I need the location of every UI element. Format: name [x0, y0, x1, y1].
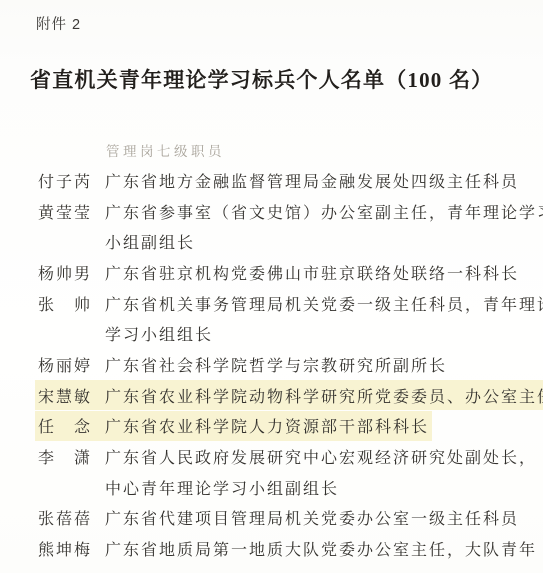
person-name: 黄莹莹: [38, 200, 105, 223]
list-item: 张蓓蓓 广东省代建项目管理局机关党委办公室一级主任科员: [38, 503, 538, 534]
person-name: 杨帅男: [38, 261, 105, 284]
entry-band: 黄莹莹 广东省参事室（省文史馆）办公室副主任，青年理论学习: [38, 199, 543, 223]
faint-annotation: 管理岗七级职员: [106, 140, 225, 160]
list-item: 任 念 广东省农业科学院人力资源部干部科科长: [38, 411, 538, 442]
entry-band: 学习小组组长: [38, 322, 213, 346]
entry-band: 中心青年理论学习小组副组长: [38, 475, 339, 499]
entries-list: 付子芮 广东省地方金融监督管理局金融发展处四级主任科员 黄莹莹 广东省参事室（省…: [38, 165, 538, 564]
list-item: 张 帅 广东省机关事务管理局机关党委一级主任科员，青年理论: [38, 288, 538, 319]
person-title: 广东省驻京机构党委佛山市驻京联络处联络一科科长: [105, 261, 519, 284]
person-title: 广东省机关事务管理局机关党委一级主任科员，青年理论: [105, 292, 543, 315]
list-item: 小组副组长: [38, 226, 538, 257]
list-item: 中心青年理论学习小组副组长: [38, 472, 538, 503]
person-title: 广东省参事室（省文史馆）办公室副主任，青年理论学习: [105, 200, 543, 223]
attachment-label: 附件 2: [36, 13, 81, 34]
list-item: 付子芮 广东省地方金融监督管理局金融发展处四级主任科员: [38, 165, 538, 196]
person-name: 杨丽婷: [38, 353, 105, 376]
entry-band: 张 帅 广东省机关事务管理局机关党委一级主任科员，青年理论: [38, 291, 543, 315]
person-title: 广东省农业科学院人力资源部干部科科长: [105, 414, 429, 437]
entry-band: 宋慧敏 广东省农业科学院动物科学研究所党委委员、办公室主任: [38, 383, 543, 407]
person-title: 中心青年理论学习小组副组长: [105, 476, 339, 499]
list-item: 宋慧敏 广东省农业科学院动物科学研究所党委委员、办公室主任: [38, 380, 538, 411]
person-name: 宋慧敏: [38, 384, 105, 407]
person-name: 张 帅: [38, 292, 105, 315]
person-title: 广东省农业科学院动物科学研究所党委委员、办公室主任: [105, 384, 543, 407]
entry-band: 小组副组长: [38, 230, 195, 254]
entry-band: 任 念 广东省农业科学院人力资源部干部科科长: [38, 414, 429, 438]
list-item: 李 潇 广东省人民政府发展研究中心宏观经济研究处副处长，: [38, 441, 538, 472]
entry-band: 李 潇 广东省人民政府发展研究中心宏观经济研究处副处长，: [38, 445, 537, 469]
person-title: 广东省地方金融监督管理局金融发展处四级主任科员: [105, 169, 519, 192]
person-title: 广东省人民政府发展研究中心宏观经济研究处副处长，: [105, 445, 537, 468]
page-title: 省直机关青年理论学习标兵个人名单（100 名）: [30, 64, 493, 94]
person-name: 李 潇: [38, 445, 105, 468]
document-page: 附件 2 省直机关青年理论学习标兵个人名单（100 名） 管理岗七级职员 付子芮…: [0, 0, 543, 573]
entry-band: 张蓓蓓 广东省代建项目管理局机关党委办公室一级主任科员: [38, 506, 519, 530]
entry-band: 杨帅男 广东省驻京机构党委佛山市驻京联络处联络一科科长: [38, 260, 519, 284]
list-item: 黄莹莹 广东省参事室（省文史馆）办公室副主任，青年理论学习: [38, 196, 538, 227]
person-name: 张蓓蓓: [38, 506, 105, 529]
list-item: 熊坤梅 广东省地质局第一地质大队党委办公室主任，大队青年: [38, 533, 538, 564]
list-item: 学习小组组长: [38, 318, 538, 349]
person-title: 广东省地质局第一地质大队党委办公室主任，大队青年: [105, 537, 537, 560]
person-title: 学习小组组长: [105, 322, 213, 345]
entry-band: 熊坤梅 广东省地质局第一地质大队党委办公室主任，大队青年: [38, 537, 537, 561]
person-name: 熊坤梅: [38, 537, 105, 560]
person-name: 任 念: [38, 414, 105, 437]
list-item: 杨帅男 广东省驻京机构党委佛山市驻京联络处联络一科科长: [38, 257, 538, 288]
person-title: 小组副组长: [105, 230, 195, 253]
list-item: 杨丽婷 广东省社会科学院哲学与宗教研究所副所长: [38, 349, 538, 380]
person-title: 广东省代建项目管理局机关党委办公室一级主任科员: [105, 506, 519, 529]
person-name: 付子芮: [38, 169, 105, 192]
person-title: 广东省社会科学院哲学与宗教研究所副所长: [105, 353, 447, 376]
entry-band: 付子芮 广东省地方金融监督管理局金融发展处四级主任科员: [38, 168, 519, 192]
entry-band: 杨丽婷 广东省社会科学院哲学与宗教研究所副所长: [38, 352, 447, 376]
